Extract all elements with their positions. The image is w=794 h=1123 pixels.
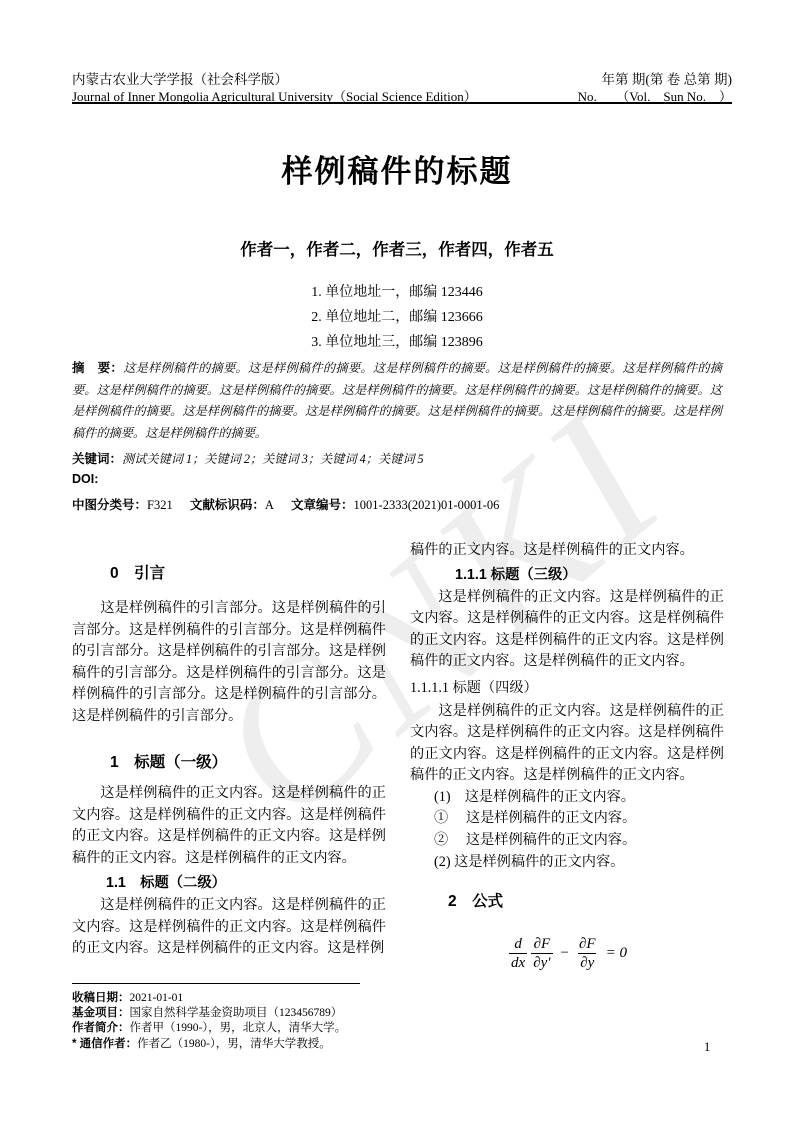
abstract-label: 摘 要：	[72, 361, 123, 375]
numerator: ∂F	[532, 936, 553, 953]
header-rule	[72, 102, 732, 104]
footnote-label: 作者简介：	[72, 1022, 130, 1034]
section-heading-1-1-1-1: 1.1.1.1 标题（四级）	[410, 678, 724, 699]
equation: d dx ∂F ∂y′ − ∂F ∂y = 0	[410, 936, 724, 973]
list-item: (2) 这是样例稿件的正文内容。	[410, 852, 724, 874]
footnote-value: 2021-01-01	[130, 992, 184, 1004]
intro-paragraph: 这是样例稿件的引言部分。这是样例稿件的引言部分。这是样例稿件的引言部分。这是样例…	[72, 598, 386, 727]
footnote-value: 作者乙（1980-），男，清华大学教授。	[137, 1038, 331, 1050]
footnote-block: 收稿日期：2021-01-01 基金项目：国家自然科学基金资助项目（123456…	[72, 991, 452, 1052]
keywords-label: 关键词：	[72, 452, 122, 466]
page-number: 1	[704, 1040, 710, 1055]
list-item: (1) 这是样例稿件的正文内容。	[410, 787, 724, 809]
affiliation-list: 1. 单位地址一，邮编 123446 2. 单位地址二，邮编 123666 3.…	[0, 280, 794, 355]
abstract-text: 这是样例稿件的摘要。这是样例稿件的摘要。这是样例稿件的摘要。这是样例稿件的摘要。…	[72, 361, 722, 440]
keywords-text: 测试关键词 1；关键词 2；关键词 3；关键词 4；关键词 5	[122, 452, 424, 466]
abstract-block: 摘 要：这是样例稿件的摘要。这是样例稿件的摘要。这是样例稿件的摘要。这是样例稿件…	[72, 358, 722, 444]
paper-page: CNKI 内蒙古农业大学学报（社会科学版） Journal of Inner M…	[0, 0, 794, 1123]
fraction-dF-dyprime: ∂F ∂y′	[531, 936, 552, 973]
paper-title: 样例稿件的标题	[0, 146, 794, 191]
keywords-block: 关键词：测试关键词 1；关键词 2；关键词 3；关键词 4；关键词 5	[72, 449, 722, 467]
issue-info-cn: 年第 期(第 卷 总第 期)	[602, 68, 733, 88]
footnote-label: 收稿日期：	[72, 992, 130, 1004]
minus-operator: −	[561, 945, 569, 962]
footnote-fund: 基金项目：国家自然科学基金资助项目（123456789）	[72, 1006, 452, 1021]
journal-name-cn: 内蒙古农业大学学报（社会科学版）	[72, 68, 288, 88]
fraction-dF-dy: ∂F ∂y	[577, 936, 598, 973]
right-column: 稿件的正文内容。这是样例稿件的正文内容。 1.1.1 标题（三级） 这是样例稿件…	[410, 540, 724, 972]
section-1-paragraph: 这是样例稿件的正文内容。这是样例稿件的正文内容。这是样例稿件的正文内容。这是样例…	[72, 783, 386, 869]
article-no-value: 1001-2333(2021)01-0001-06	[354, 498, 500, 512]
section-heading-1: 1 标题（一级）	[72, 753, 386, 773]
denominator: dx	[509, 953, 527, 972]
section-1-1-paragraph: 这是样例稿件的正文内容。这是样例稿件的正文内容。这是样例稿件的正文内容。这是样例…	[72, 895, 386, 960]
section-1-1-1-1-paragraph: 这是样例稿件的正文内容。这是样例稿件的正文内容。这是样例稿件的正文内容。这是样例…	[410, 701, 724, 787]
article-no-label: 文章编号：	[291, 498, 354, 512]
section-heading-intro: 0 引言	[72, 564, 386, 584]
fraction-d-dx: d dx	[509, 936, 527, 973]
section-1-1-paragraph-continued: 稿件的正文内容。这是样例稿件的正文内容。	[410, 540, 724, 562]
meta-line: 中图分类号：F321 文献标识码：A 文章编号：1001-2333(2021)0…	[72, 495, 722, 513]
section-1-1-1-paragraph: 这是样例稿件的正文内容。这是样例稿件的正文内容。这是样例稿件的正文内容。这是样例…	[410, 587, 724, 673]
section-heading-2: 2 公式	[410, 892, 724, 912]
doc-code-label: 文献标识码：	[190, 498, 265, 512]
footnote-corresponding: * 通信作者：作者乙（1980-），男，清华大学教授。	[72, 1037, 452, 1052]
footnote-author-bio: 作者简介：作者甲（1990-），男，北京人，清华大学。	[72, 1021, 452, 1036]
numerator: d	[512, 936, 524, 953]
footnote-value: 作者甲（1990-），男，北京人，清华大学。	[130, 1022, 347, 1034]
footnote-received: 收稿日期：2021-01-01	[72, 991, 452, 1006]
list-item: ② 这是样例稿件的正文内容。	[410, 830, 724, 852]
denominator: ∂y′	[531, 953, 552, 972]
footnote-value: 国家自然科学基金资助项目（123456789）	[130, 1007, 343, 1019]
affiliation-item: 2. 单位地址二，邮编 123666	[0, 305, 794, 330]
left-column: 0 引言 这是样例稿件的引言部分。这是样例稿件的引言部分。这是样例稿件的引言部分…	[72, 540, 386, 960]
author-line: 作者一，作者二，作者三，作者四，作者五	[0, 236, 794, 260]
section-heading-1-1-1: 1.1.1 标题（三级）	[410, 565, 724, 585]
affiliation-item: 3. 单位地址三，邮编 123896	[0, 330, 794, 355]
footnote-label: 基金项目：	[72, 1007, 130, 1019]
clc-value: F321	[147, 498, 173, 512]
clc-label: 中图分类号：	[72, 498, 147, 512]
footnote-rule	[72, 983, 360, 984]
equation-rhs: = 0	[606, 945, 627, 962]
list-item: ① 这是样例稿件的正文内容。	[410, 808, 724, 830]
denominator: ∂y	[578, 953, 596, 972]
doc-code-value: A	[265, 498, 274, 512]
section-heading-1-1: 1.1 标题（二级）	[72, 873, 386, 893]
affiliation-item: 1. 单位地址一，邮编 123446	[0, 280, 794, 305]
numerator: ∂F	[577, 936, 598, 953]
doi-label: DOI:	[72, 472, 98, 486]
footnote-label: * 通信作者：	[72, 1038, 137, 1050]
